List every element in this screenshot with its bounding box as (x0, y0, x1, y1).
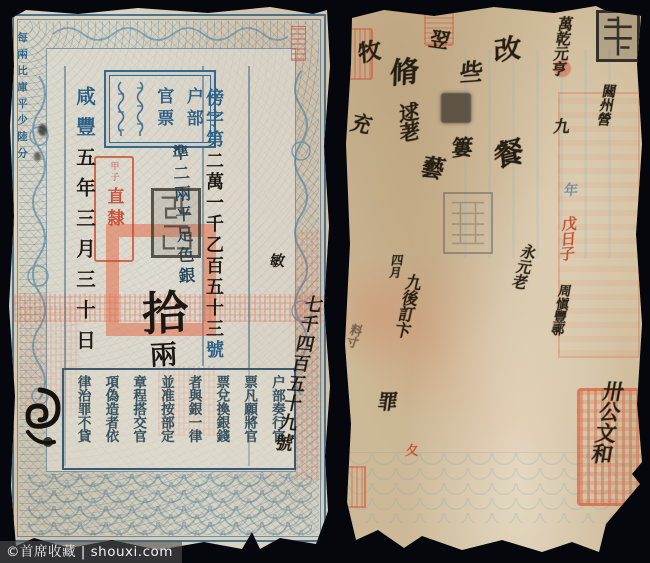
legal-text-column: 票凡願將官 (241, 375, 257, 463)
title-frame: 户部 官票 (104, 70, 216, 148)
title-col-guanpiao: 官票 (151, 87, 176, 131)
legal-text-column: 律治罪不貸 (74, 375, 90, 463)
ink-smudge (38, 124, 47, 136)
endorsement-handwriting: 牧 (357, 32, 382, 69)
manchu-script-icon (114, 80, 128, 138)
stamp-seal-pattern (599, 13, 637, 59)
zhili-seal-small-text: 甲子 (108, 161, 121, 183)
zhili-seal-main-text: 直隸 (102, 187, 127, 231)
showthrough-year-char: 年 (563, 180, 580, 200)
legal-text-column: 章程搭交官 (130, 375, 146, 463)
legal-text-column: 項偽造者依 (102, 375, 118, 463)
cloud-ornament-top (48, 20, 288, 46)
showthrough-zui-char: 罪 (376, 386, 400, 415)
red-mark: 夂 (405, 440, 421, 459)
serial-number-handwritten: 二萬一千乙百五十三 (203, 151, 224, 340)
endorsement-handwriting: 藝 (417, 148, 449, 184)
legal-text-column: 並准按部定 (157, 375, 173, 463)
wave-pattern-bottom (28, 474, 312, 536)
era-name: 咸豐 (73, 86, 96, 147)
endorsement-handwriting: 簍 (451, 131, 475, 162)
endorsement-handwriting: 逑荖 (393, 100, 424, 144)
ink-flourish-signature (14, 382, 66, 460)
endorsement-handwriting: 充 (348, 106, 377, 139)
small-red-seal-topright (291, 26, 306, 61)
banknote-back: 牧 脩 翌 些 改 萬乾元亨 九 闗州營 充 逑荖 藝 簍 餐 年 戊日子 永元… (344, 4, 644, 556)
title-col-hubu: 户部 (181, 87, 206, 131)
zhili-provincial-seal: 甲子 直隸 (94, 156, 134, 262)
endorsement-handwriting: 些 (459, 53, 484, 88)
denomination-ten: 拾 (142, 288, 189, 337)
ink-smudge (34, 152, 41, 161)
seal-script-pattern (154, 191, 198, 255)
small-red-seal-bottomleft (344, 466, 366, 508)
faint-gray-seal (443, 192, 493, 254)
endorsement-handwriting: 九 (552, 114, 571, 137)
site-watermark: ©首席收藏 | shouxi.com (0, 541, 182, 563)
serial-prefix: 傍字第 (203, 88, 224, 151)
endorsement-handwriting: 改 (494, 26, 522, 69)
red-date-handwriting: 戊日子 (556, 215, 580, 261)
banknote-front: 每兩比庫平少陸分 户部 官票 傍字第二萬一千乙百五十三號 咸豐五年三月三十日 準… (8, 6, 332, 552)
endorsement-handwriting: 料寸 (343, 323, 367, 350)
manchu-script-icon (133, 80, 147, 138)
legal-text-block: 户部奏行官 票凡願將官 票兌換銀錢 者與銀一律 並准按部定 章程搭交官 項偽造者… (62, 368, 296, 470)
faint-seal-pattern (445, 194, 491, 252)
serial-suffix: 號 (203, 340, 224, 361)
endorsement-handwriting: 九後訂卞 (389, 273, 426, 339)
black-ink-seal (151, 188, 201, 258)
denomination-tael: 兩 (149, 341, 177, 369)
endorsement-handwriting: 餐 (492, 129, 525, 176)
margin-exchange-note-text: 每兩比庫平少陸分 (15, 32, 30, 164)
ink-smudge-seal (441, 93, 471, 123)
serial-number-column: 傍字第二萬一千乙百五十三號 (204, 88, 222, 370)
legal-text-column: 者與銀一律 (185, 375, 201, 463)
date-handwritten: 五年三月三十日 (73, 147, 96, 361)
photo-of-qing-banknote-front-and-back: { "colors": { "seal_red": "#d4502e", "pr… (0, 0, 650, 563)
handwritten-char-annotation: 敏 (269, 250, 287, 271)
black-square-stamp (596, 10, 640, 62)
date-column: 咸豐五年三月三十日 (70, 86, 98, 378)
endorsement-handwriting: 脩 (389, 49, 420, 93)
legal-text-column: 票兌換銀錢 (213, 375, 229, 463)
